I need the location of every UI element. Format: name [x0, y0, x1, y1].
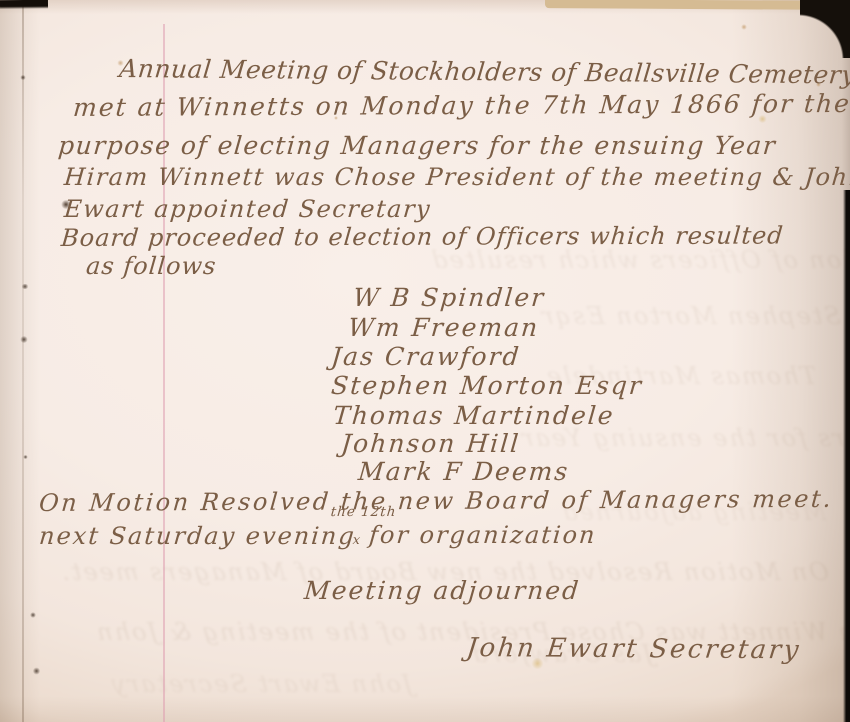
officer-name: Thomas Martindele: [332, 401, 616, 430]
officer-name: Johnson Hill: [340, 429, 522, 458]
manuscript-line: Hiram Winnett was Chose President of the…: [63, 163, 850, 191]
foxing-spot: [741, 24, 747, 30]
book-edge-top: [0, 0, 48, 9]
stitch-mark: [21, 284, 29, 289]
stitch-mark: [23, 455, 28, 459]
secretary-signature: John Ewart Secretary: [465, 633, 802, 665]
margin-rule-line: [163, 24, 165, 722]
bleed-through-text: Stephen Morton Esqr: [539, 302, 842, 330]
manuscript-scan: Annual Meeting of Stockholders of Bealls…: [0, 0, 850, 722]
manuscript-line: purpose of electing Managers for the ens…: [57, 131, 778, 160]
book-edge-right: [843, 190, 850, 722]
officer-name: Jas Crawford: [330, 342, 522, 371]
manuscript-line: met at Winnetts on Monday the 7th May 18…: [72, 89, 850, 122]
stitch-mark: [20, 336, 28, 343]
page-corner-shadow: [800, 0, 850, 58]
bleed-through-text: John Ewart Secretary: [109, 670, 414, 698]
stitch-mark: [30, 612, 36, 618]
interlinear-insertion: the 12th: [330, 504, 397, 520]
manuscript-line: as follows: [85, 252, 218, 280]
manuscript-line: for organization: [368, 521, 598, 549]
manuscript-line: next Saturday evening: [38, 522, 357, 550]
manuscript-line: Board proceeded to election of Officers …: [60, 221, 785, 252]
officer-name: Stephen Morton Esqr: [330, 371, 644, 400]
insertion-caret: x: [352, 533, 361, 548]
officer-name: W B Spindler: [352, 283, 546, 312]
gutter-crease-line: [22, 0, 24, 722]
stitch-mark: [20, 75, 26, 80]
adjournment-line: Meeting adjourned: [303, 576, 581, 605]
manuscript-line: On Motion Resolved the new Board of Mana…: [38, 485, 834, 517]
stitch-mark: [33, 667, 40, 675]
officer-name: Wm Freeman: [347, 313, 540, 342]
officer-name: Mark F Deems: [357, 457, 571, 486]
manuscript-line: Ewart appointed Secretary: [63, 195, 432, 223]
